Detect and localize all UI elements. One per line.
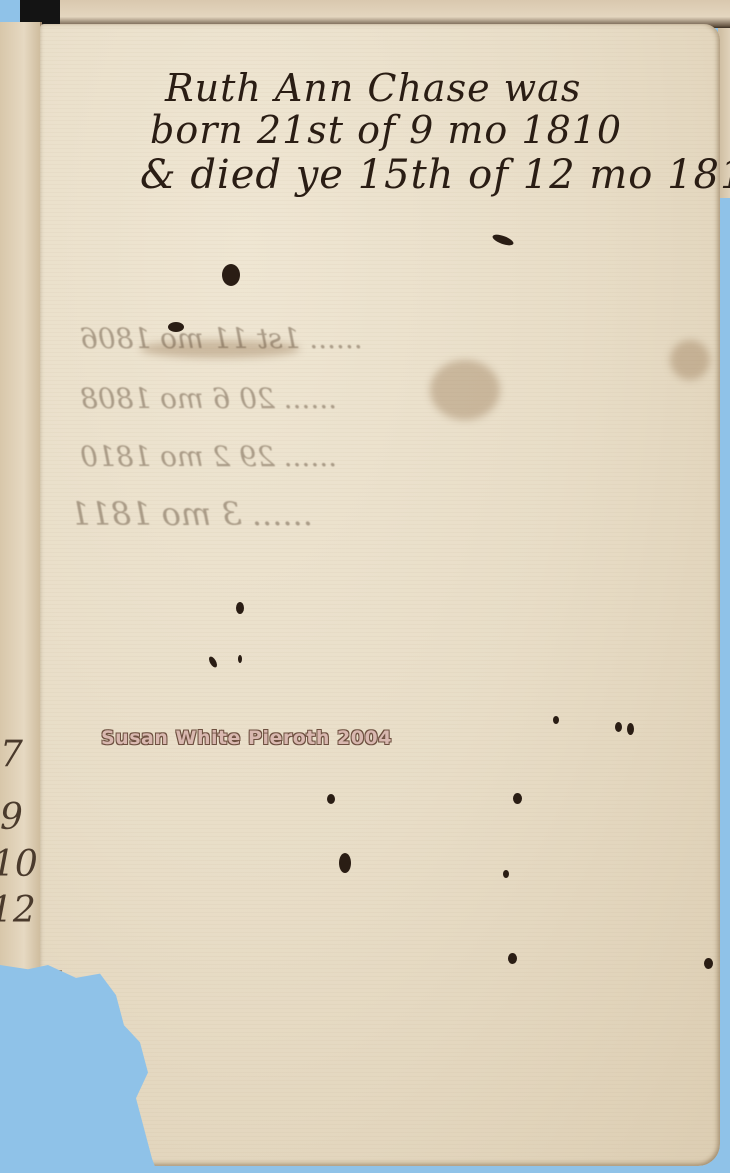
margin-digit: 12 [0, 890, 36, 931]
ink-blot [627, 723, 634, 735]
ink-stain [430, 360, 500, 420]
copyright-watermark: Susan White Pieroth 2004 [101, 727, 392, 749]
handwriting-line-1: Ruth Ann Chase was [165, 66, 581, 110]
bleed-through-line: ...... 1st 11 mo 1806 [80, 322, 363, 355]
bleed-through-line: ...... 29 2 mo 1810 [80, 440, 337, 473]
ink-blot [503, 870, 509, 878]
ink-blot [327, 794, 335, 804]
bleed-through-line: ...... 20 6 mo 1808 [80, 382, 337, 415]
ink-blot [238, 655, 242, 663]
handwriting-line-2: born 21st of 9 mo 1810 [150, 108, 622, 152]
margin-digit: 7 [0, 734, 23, 775]
ink-blot [513, 793, 522, 804]
ink-blot [553, 716, 559, 724]
margin-digit: 9 [0, 797, 23, 838]
margin-digit: 10 [0, 844, 38, 885]
handwriting-line-3: & died ye 15th of 12 mo 1811 [140, 152, 730, 198]
bleed-through-line: ...... 3 mo 1811 [70, 495, 313, 533]
ink-blot [339, 853, 351, 873]
ink-blot [168, 322, 184, 332]
ink-blot [222, 264, 240, 286]
left-facing-page: 7 9 10 12 [0, 22, 42, 972]
ink-blot [236, 602, 244, 614]
ink-blot [704, 958, 713, 969]
ink-stain [670, 340, 710, 380]
ink-blot [615, 722, 622, 732]
ink-blot [508, 953, 517, 964]
